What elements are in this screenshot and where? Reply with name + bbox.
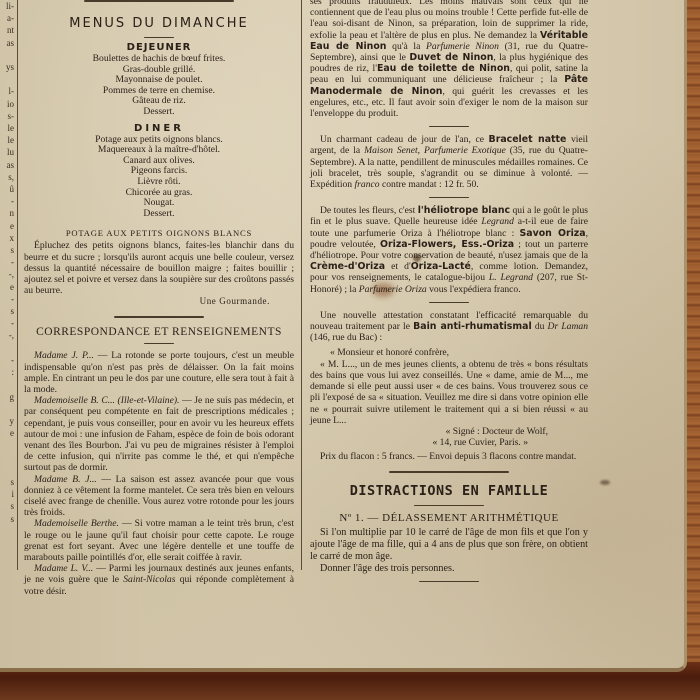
- cut-text-fragment: lu: [0, 146, 14, 158]
- cut-text-fragment: [0, 525, 14, 537]
- distractions-title: DISTRACTIONS EN FAMILLE: [310, 483, 588, 499]
- short-divider: [414, 505, 484, 506]
- product-name: l'héliotrope blanc: [418, 205, 510, 216]
- ornament-divider: [114, 316, 204, 318]
- cut-text-fragment: s,: [0, 171, 14, 183]
- ad-bracelet: Un charmant cadeau de jour de l'an, ce B…: [310, 134, 588, 190]
- recipe-signature: Une Gourmande.: [24, 296, 294, 306]
- cut-text-fragment: g: [0, 391, 14, 403]
- problem-question: Donner l'âge des trois personnes.: [310, 563, 588, 575]
- cut-text-fragment: [0, 537, 14, 549]
- cut-text-fragment: io: [0, 98, 14, 110]
- cut-text-fragment: [0, 73, 14, 85]
- product-name: Duvet de Ninon: [409, 52, 493, 63]
- cut-text-fragment: li-: [0, 0, 14, 12]
- product-name: Eau de toilette de Ninon: [377, 63, 510, 74]
- diner-heading: DINER: [24, 123, 294, 134]
- cut-text-fragment: as: [0, 37, 14, 49]
- recipe-text: Épluchez des petits oignons blancs, fait…: [24, 240, 294, 296]
- cut-text-fragment: -: [0, 195, 14, 207]
- left-column: MENUS DU DIMANCHE DEJEUNER Boulettes de …: [24, 0, 294, 597]
- cut-text-fragment: [0, 439, 14, 451]
- testimonial-letter: « M. L..., un de mes jeunes clients, a o…: [310, 359, 588, 426]
- ornament-divider: [389, 471, 509, 473]
- cut-off-column: li-a-ntas ys l-ios-leleluass,û-nexs--,e-…: [0, 0, 14, 570]
- problem-text: Si l'on multiplie par 10 le carré de l'â…: [310, 527, 588, 563]
- cut-text-fragment: -: [0, 317, 14, 329]
- product-name: Oriza-Lacté: [411, 261, 471, 272]
- journal-name: Saint-Nicolas: [123, 574, 175, 585]
- cut-text-fragment: -: [0, 293, 14, 305]
- short-divider: [429, 302, 469, 303]
- column-rule-middle: [301, 0, 302, 570]
- short-divider: [144, 37, 174, 38]
- letter-recipient: Mademoiselle Berthe.: [34, 518, 119, 529]
- cut-text-fragment: [0, 403, 14, 415]
- letter-recipient: Madame L. V...: [34, 563, 93, 574]
- cut-text-fragment: [0, 549, 14, 561]
- cut-text-fragment: [0, 49, 14, 61]
- cut-text-fragment: s-: [0, 110, 14, 122]
- cut-text-fragment: ys: [0, 61, 14, 73]
- letter-mademoiselle-berthe: Mademoiselle Berthe. — Si votre maman a …: [24, 518, 294, 563]
- cut-text-fragment: û: [0, 183, 14, 195]
- letter-body: — Je ne suis pas médecin, et par conséqu…: [24, 395, 294, 473]
- cut-text-fragment: as: [0, 159, 14, 171]
- cut-text-fragment: s: [0, 500, 14, 512]
- dejeuner-menu-list: Boulettes de hachis de bœuf frites. Gras…: [24, 54, 294, 118]
- short-divider: [419, 581, 479, 582]
- diner-menu-list: Potage aux petits oignons blancs. Maquer…: [24, 135, 294, 220]
- cut-text-fragment: [0, 452, 14, 464]
- ornament-divider: [84, 0, 234, 2]
- newspaper-page: li-a-ntas ys l-ios-leleluass,û-nexs--,e-…: [0, 0, 687, 672]
- cut-text-fragment: -,: [0, 268, 14, 280]
- letter-salutation: « Monsieur et honoré confrère,: [310, 347, 588, 358]
- letter-mademoiselle-bc: Mademoiselle B. C... (Ille-et-Vilaine). …: [24, 395, 294, 473]
- cut-text-fragment: -,: [0, 329, 14, 341]
- column-rule-left: [17, 0, 18, 570]
- right-column: ses produits frauduleux. Les moins mauva…: [310, 0, 588, 582]
- recipe-title: POTAGE AUX PETITS OIGNONS BLANCS: [24, 228, 294, 238]
- cut-text-fragment: e: [0, 427, 14, 439]
- dejeuner-heading: DEJEUNER: [24, 42, 294, 53]
- letter-madame-jp: Madame J. P... — La rotonde se porte tou…: [24, 350, 294, 395]
- cut-text-fragment: s: [0, 244, 14, 256]
- product-name: Crème-d'Oriza: [310, 261, 385, 272]
- cut-text-fragment: [0, 342, 14, 354]
- letter-madame-bj: Madame B. J... — La saison est assez ava…: [24, 474, 294, 519]
- cut-text-fragment: le: [0, 122, 14, 134]
- menu-item: Dessert.: [24, 209, 294, 220]
- product-name: Savon Oriza: [520, 228, 586, 239]
- menus-title: MENUS DU DIMANCHE: [24, 16, 294, 31]
- cut-text-fragment: n: [0, 207, 14, 219]
- ink-spot: [600, 480, 610, 485]
- ad-oriza: De toutes les fleurs, c'est l'héliotrope…: [310, 205, 588, 295]
- cut-text-fragment: nt: [0, 24, 14, 36]
- problem-title: Nº 1. — DÉLASSEMENT ARITHMÉTIQUE: [310, 512, 588, 524]
- letter-place: (Ille-et-Vilaine).: [115, 395, 180, 406]
- testimonial-address: « 14, rue Cuvier, Paris. »: [310, 437, 588, 448]
- price-info: Prix du flacon : 5 francs. — Envoi depui…: [310, 451, 588, 462]
- product-name: Bain anti-rhumatismal: [413, 321, 532, 332]
- letter-recipient: Madame B. J...: [34, 474, 97, 485]
- cut-text-fragment: :: [0, 366, 14, 378]
- cut-text-fragment: e: [0, 220, 14, 232]
- cut-text-fragment: a-: [0, 12, 14, 24]
- letter-recipient: Madame J. P...: [34, 350, 94, 361]
- cut-text-fragment: y: [0, 415, 14, 427]
- menu-item: Lièvre rôti.: [24, 177, 294, 188]
- cut-text-fragment: s: [0, 305, 14, 317]
- letter-recipient: Mademoiselle B. C...: [34, 395, 115, 406]
- menu-item: Dessert.: [24, 107, 294, 118]
- cut-text-fragment: [0, 561, 14, 570]
- cut-text-fragment: -: [0, 354, 14, 366]
- short-divider: [429, 126, 469, 127]
- cut-text-fragment: -: [0, 256, 14, 268]
- testimonial-signature: « Signé : Docteur de Wolf,: [310, 426, 588, 437]
- cut-text-fragment: x: [0, 232, 14, 244]
- cut-text-fragment: [0, 464, 14, 476]
- cut-text-fragment: s: [0, 513, 14, 525]
- product-name: Oriza-Flowers, Ess.-Oriza: [380, 239, 514, 250]
- cut-text-fragment: i: [0, 488, 14, 500]
- cut-text-fragment: [0, 378, 14, 390]
- short-divider: [144, 343, 174, 344]
- cut-text-fragment: le: [0, 134, 14, 146]
- correspondance-title: CORRESPONDANCE ET RENSEIGNEMENTS: [24, 326, 294, 338]
- short-divider: [429, 197, 469, 198]
- cut-text-fragment: l-: [0, 85, 14, 97]
- ad-bain: Une nouvelle attestation constatant l'ef…: [310, 310, 588, 344]
- cut-text-fragment: e: [0, 281, 14, 293]
- menu-item: Boulettes de hachis de bœuf frites.: [24, 54, 294, 65]
- cut-text-fragment: s: [0, 476, 14, 488]
- product-name: Bracelet natte: [489, 134, 567, 145]
- letter-madame-lv: Madame L. V... — Parmi les journaux dest…: [24, 563, 294, 597]
- ad-ninon: ses produits frauduleux. Les moins mauva…: [310, 0, 588, 119]
